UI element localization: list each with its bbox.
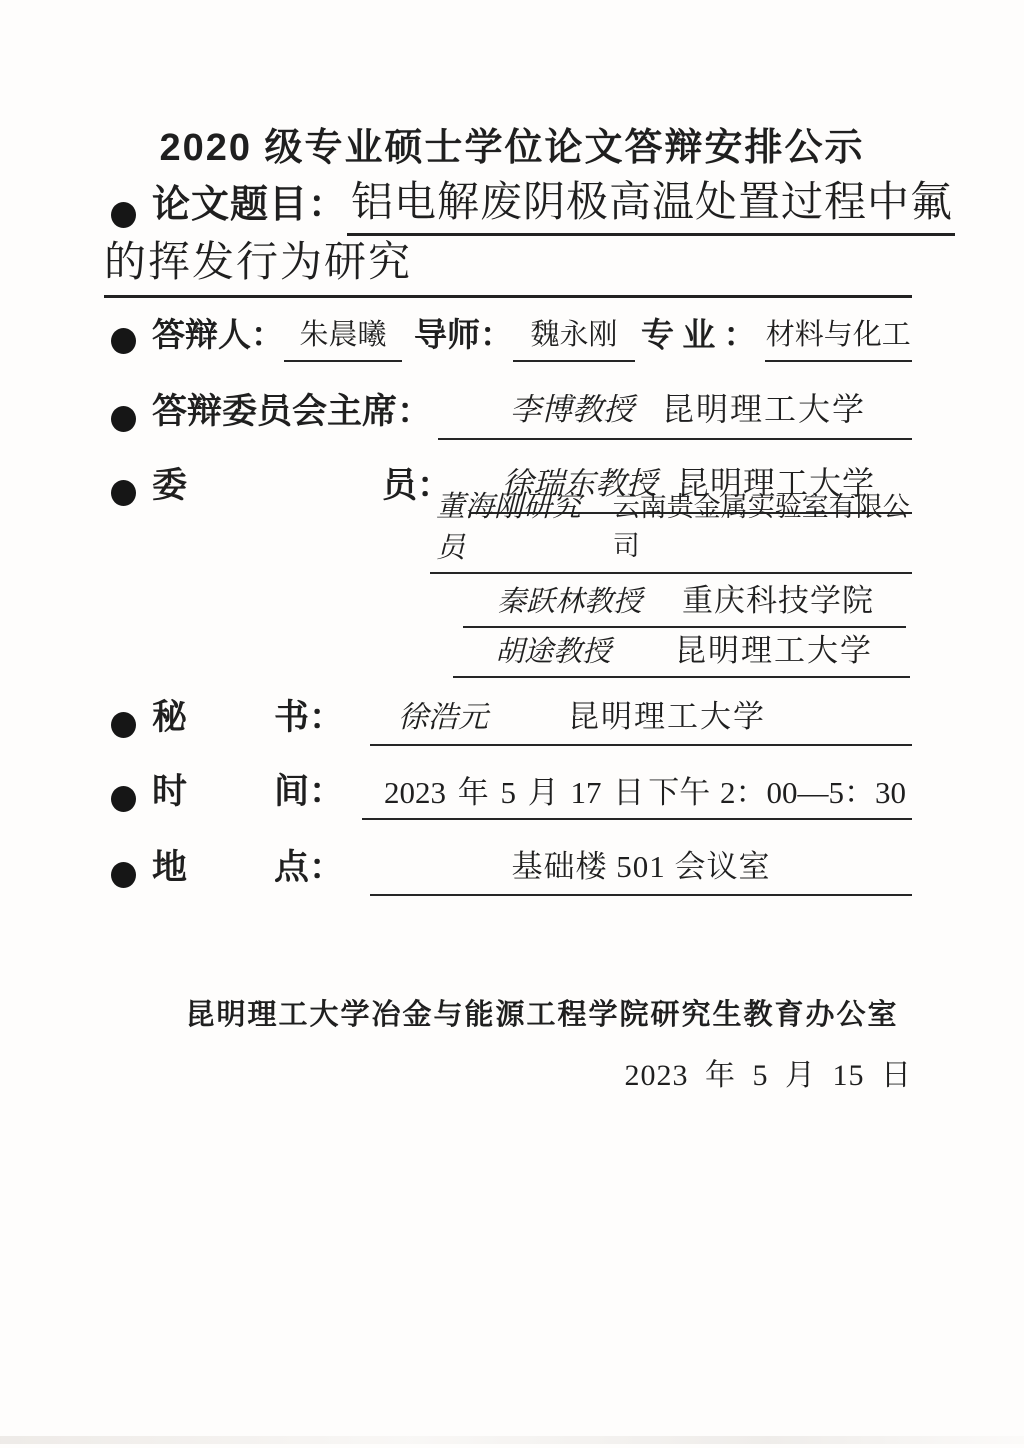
page-title: 2020 级专业硕士学位论文答辩安排公示	[0, 116, 1024, 171]
chair-field: 李博教授 昆明理工大学	[438, 384, 912, 440]
footer-date: 2023 年 5 月 15 日	[400, 1050, 912, 1094]
major-value: 材料与化工	[766, 312, 911, 353]
thesis-title-row-continued: 的挥发行为研究	[104, 244, 912, 298]
committee-label: 委 员：	[152, 458, 452, 514]
bullet-icon	[111, 712, 136, 738]
bullet-icon	[111, 406, 136, 432]
committee-member-affiliation: 云南贵金属实验室有限公司	[613, 485, 912, 563]
time-label-char2: 间：	[274, 764, 344, 814]
secretary-affiliation: 昆明理工大学	[568, 691, 766, 736]
major-label: 专 业 ：	[641, 309, 757, 362]
committee-member-row: 胡途教授 昆明理工大学	[108, 638, 910, 678]
document-page: 2020 级专业硕士学位论文答辩安排公示 论文题目： 铝电解废阴极高温处置过程中…	[0, 0, 1024, 1448]
location-row: 地 点： 基础楼 501 会议室	[108, 854, 912, 896]
major-field: 材料与化工	[765, 312, 913, 362]
secretary-label-char1: 秘	[152, 690, 187, 740]
location-label-char2: 点：	[274, 840, 344, 890]
time-row: 时 间： 2023 年 5 月 17 日 下午 2：00—5：30	[108, 778, 912, 820]
chair-row: 答辩委员会主席： 李博教授 昆明理工大学	[108, 394, 912, 440]
time-period: 下午 2：00—5：30	[648, 767, 906, 812]
secretary-field: 徐浩元 昆明理工大学	[370, 691, 912, 746]
secretary-name: 徐浩元	[398, 692, 488, 736]
bullet-icon	[111, 328, 136, 354]
time-date: 2023 年 5 月 17 日	[384, 767, 644, 812]
advisor-label: 导师：	[414, 309, 513, 362]
committee-member-name: 胡途教授	[495, 629, 611, 670]
committee-member-affiliation: 重庆科技学院	[682, 575, 874, 620]
bullet-icon	[111, 862, 136, 888]
committee-member-field: 胡途教授 昆明理工大学	[453, 625, 910, 678]
bullet-icon	[111, 480, 136, 506]
footer-office: 昆明理工大学冶金与能源工程学院研究生教育办公室	[150, 992, 934, 1033]
time-label: 时 间：	[152, 764, 344, 820]
thesis-title-value-line2: 的挥发行为研究	[104, 229, 912, 298]
secretary-label: 秘 书：	[152, 690, 344, 746]
scan-artifact	[0, 1436, 1024, 1444]
defender-row: 答辩人： 朱晨曦 导师： 魏永刚 专 业 ： 材料与化工	[108, 316, 912, 362]
committee-member-row: 董海刚研究员 云南贵金属实验室有限公司	[108, 534, 912, 574]
advisor-name-field: 魏永刚	[513, 312, 635, 362]
chair-name: 李博教授	[510, 384, 634, 429]
location-label: 地 点：	[152, 840, 344, 896]
time-field: 2023 年 5 月 17 日 下午 2：00—5：30	[362, 767, 912, 820]
committee-label-char1: 委	[152, 458, 187, 508]
defender-name: 朱晨曦	[299, 312, 386, 353]
committee-member-field: 秦跃林教授 重庆科技学院	[463, 575, 906, 628]
thesis-title-row: 论文题目： 铝电解废阴极高温处置过程中氟	[108, 178, 912, 236]
time-label-char1: 时	[152, 764, 187, 814]
secretary-row: 秘 书： 徐浩元 昆明理工大学	[108, 702, 912, 746]
bullet-icon	[111, 786, 136, 812]
chair-label: 答辩委员会主席：	[152, 384, 432, 440]
thesis-title-value-line1: 铝电解废阴极高温处置过程中氟	[347, 169, 955, 236]
advisor-name: 魏永刚	[530, 312, 617, 353]
thesis-title-label: 论文题目：	[152, 173, 347, 236]
committee-member-affiliation: 昆明理工大学	[675, 625, 873, 670]
committee-member-row: 秦跃林教授 重庆科技学院	[108, 588, 906, 628]
committee-member-field: 董海刚研究员 云南贵金属实验室有限公司	[430, 484, 912, 574]
committee-member-name: 秦跃林教授	[497, 579, 642, 620]
bullet-icon	[111, 202, 136, 228]
location-field: 基础楼 501 会议室	[370, 841, 912, 896]
secretary-label-char2: 书：	[274, 690, 344, 740]
location-label-char1: 地	[152, 840, 187, 890]
location-value: 基础楼 501 会议室	[512, 841, 771, 886]
defender-label: 答辩人：	[152, 309, 284, 362]
defender-name-field: 朱晨曦	[284, 312, 402, 362]
chair-affiliation: 昆明理工大学	[662, 384, 866, 430]
committee-member-name: 董海刚研究员	[436, 484, 597, 566]
